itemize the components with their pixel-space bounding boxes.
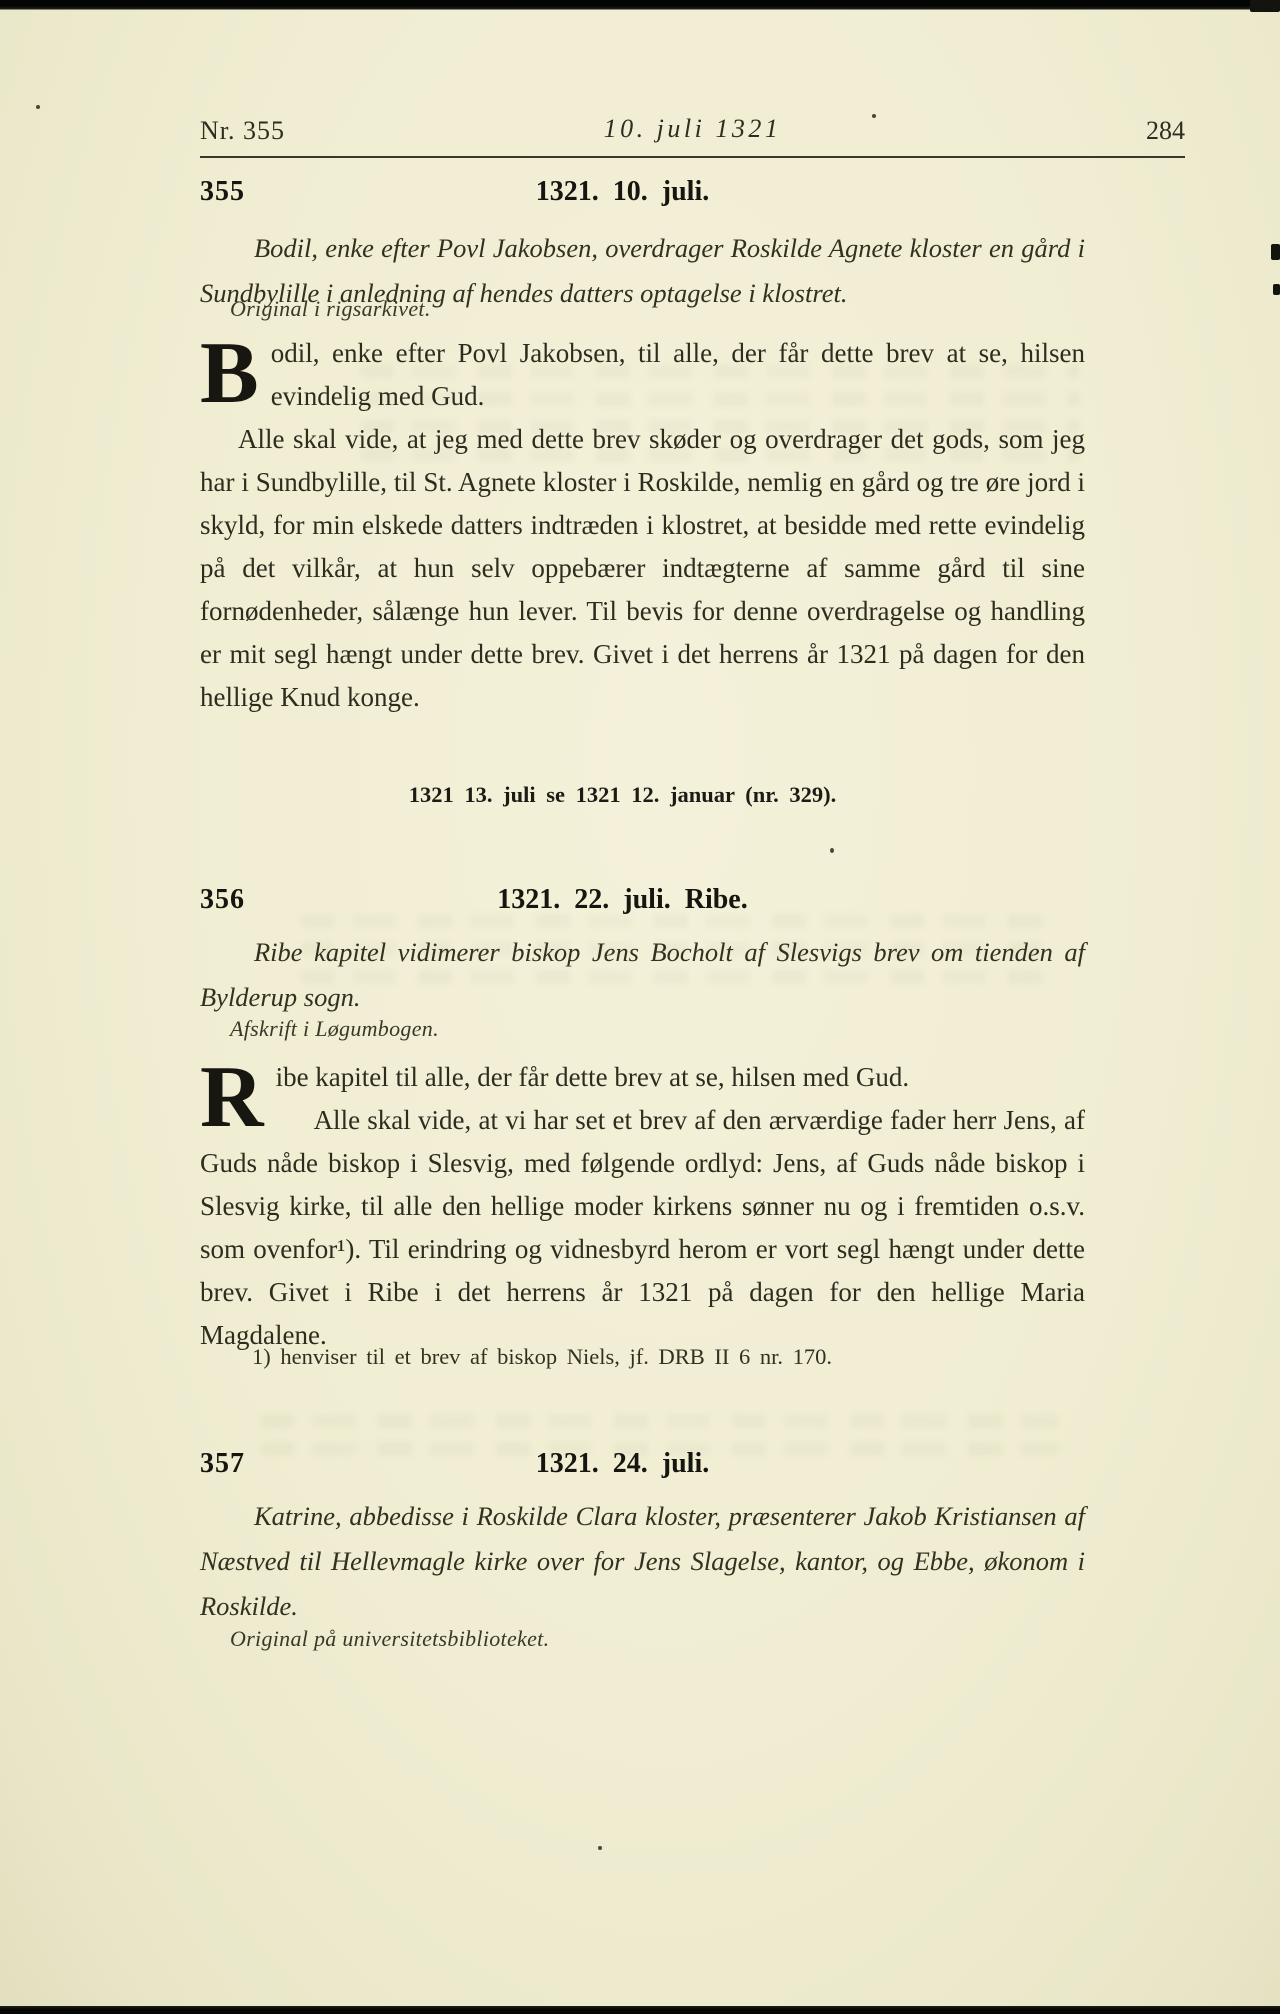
- entry-357-heading: 357 1321. 24. juli.: [200, 1448, 1085, 1486]
- scan-top-edge: [0, 0, 1280, 10]
- entry-357-summary: Katrine, abbedisse i Roskilde Clara klos…: [200, 1494, 1085, 1629]
- entry-date: 1321. 24. juli.: [200, 1448, 1045, 1480]
- scan-bottom-edge: [0, 2006, 1280, 2014]
- entry-355-body: B odil, enke efter Povl Jakobsen, til al…: [200, 332, 1085, 719]
- scan-speck: [830, 848, 834, 853]
- entry-355-heading: 355 1321. 10. juli.: [200, 176, 1085, 214]
- entry-356-source: Afskrift i Løgumbogen.: [200, 1016, 1115, 1042]
- entry-355-source: Original i rigsarkivet.: [200, 296, 1115, 322]
- entry-357-source: Original på universitetsbiblioteket.: [200, 1626, 1115, 1652]
- scan-edge-mark: [1250, 0, 1280, 12]
- scan-edge-mark: [1271, 244, 1280, 260]
- entry-356-body: R ibe kapitel til alle, der får dette br…: [200, 1056, 1085, 1357]
- body-paragraph: ibe kapitel til alle, der får dette brev…: [200, 1056, 1085, 1099]
- entry-date: 1321. 22. juli. Ribe.: [200, 884, 1045, 916]
- running-header: Nr. 355 10. juli 1321 284: [200, 116, 1185, 158]
- scan-speck: [598, 1846, 602, 1850]
- body-paragraph: odil, enke efter Povl Jakobsen, til alle…: [200, 332, 1085, 418]
- scan-edge-mark: [1273, 284, 1280, 295]
- scanned-book-page: Nr. 355 10. juli 1321 284 355 1321. 10. …: [0, 0, 1280, 2014]
- entry-356-footnote: 1) henviser til et brev af biskop Niels,…: [200, 1344, 1137, 1370]
- cross-reference-note: 1321 13. juli se 1321 12. januar (nr. 32…: [200, 782, 1045, 808]
- running-header-date: 10. juli 1321: [200, 114, 1185, 144]
- entry-356-heading: 356 1321. 22. juli. Ribe.: [200, 884, 1085, 922]
- entry-356-summary: Ribe kapitel vidimerer biskop Jens Bocho…: [200, 930, 1085, 1020]
- page-number: 284: [1146, 116, 1185, 146]
- drop-cap: B: [200, 332, 271, 409]
- drop-cap: R: [200, 1056, 276, 1133]
- scan-speck: [36, 105, 40, 109]
- body-paragraph: Alle skal vide, at jeg med dette brev sk…: [200, 418, 1085, 719]
- entry-date: 1321. 10. juli.: [200, 176, 1045, 208]
- body-paragraph: Alle skal vide, at vi har set et brev af…: [200, 1099, 1085, 1357]
